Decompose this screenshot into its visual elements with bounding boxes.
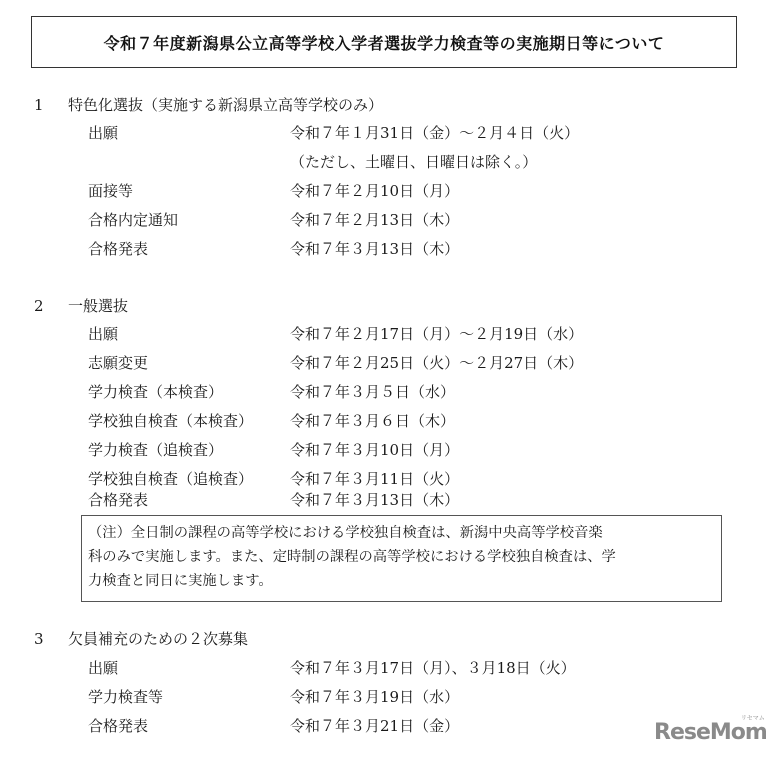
row-date: （ただし、土曜日、日曜日は除く。）	[290, 151, 537, 173]
row-label: 合格発表	[88, 489, 148, 511]
logo-ruby: リセマム	[741, 713, 765, 722]
row-label: 出願	[88, 323, 118, 345]
row-date: 令和７年２月10日（月）	[290, 180, 459, 202]
resemom-watermark-logo: ReseMom リセマム	[654, 720, 766, 745]
row-date: 令和７年３月19日（水）	[290, 686, 459, 708]
section-2-heading: 2一般選抜	[34, 295, 128, 317]
section-title: 一般選抜	[68, 297, 128, 315]
row-date: 令和７年２月17日（月）～２月19日（水）	[290, 323, 583, 345]
row-date: 令和７年３月13日（木）	[290, 489, 459, 511]
section-3-heading: 3欠員補充のための２次募集	[34, 628, 248, 650]
section-title: 特色化選抜（実施する新潟県立高等学校のみ）	[68, 96, 383, 114]
row-label: 出願	[88, 657, 118, 679]
row-date: 令和７年３月17日（月）、３月18日（火）	[290, 657, 576, 679]
row-date: 令和７年３月21日（金）	[290, 715, 459, 737]
document-title: 令和７年度新潟県公立高等学校入学者選抜学力検査等の実施期日等について	[104, 31, 665, 54]
row-label: 学力検査（本検査）	[88, 381, 223, 403]
row-label: 出願	[88, 122, 118, 144]
section-number: 1	[34, 94, 68, 116]
section-title: 欠員補充のための２次募集	[68, 630, 248, 648]
row-date: 令和７年３月５日（水）	[290, 381, 455, 403]
row-label: 志願変更	[88, 352, 148, 374]
row-date: 令和７年３月11日（火）	[290, 468, 459, 490]
row-label: 合格発表	[88, 715, 148, 737]
row-label: 合格発表	[88, 238, 148, 260]
logo-text: ReseMom	[654, 720, 766, 745]
note-line: 科のみで実施します。また、定時制の課程の高等学校における学校独自検査は、学	[88, 545, 715, 569]
row-date: 令和７年２月13日（木）	[290, 209, 459, 231]
section-number: 3	[34, 628, 68, 650]
row-label: 学校独自検査（本検査）	[88, 410, 253, 432]
section-number: 2	[34, 295, 68, 317]
row-date: 令和７年１月31日（金）～２月４日（火）	[290, 122, 579, 144]
row-label: 学力検査（追検査）	[88, 439, 223, 461]
document-title-box: 令和７年度新潟県公立高等学校入学者選抜学力検査等の実施期日等について	[31, 16, 737, 68]
row-date: 令和７年３月６日（木）	[290, 410, 455, 432]
note-box: （注）全日制の課程の高等学校における学校独自検査は、新潟中央高等学校音楽 科のみ…	[81, 515, 722, 602]
row-label: 面接等	[88, 180, 133, 202]
section-1-heading: 1特色化選抜（実施する新潟県立高等学校のみ）	[34, 94, 383, 116]
note-line: （注）全日制の課程の高等学校における学校独自検査は、新潟中央高等学校音楽	[88, 521, 715, 545]
row-date: 令和７年３月10日（月）	[290, 439, 459, 461]
row-date: 令和７年２月25日（火）～２月27日（木）	[290, 352, 583, 374]
note-line: 力検査と同日に実施します。	[88, 569, 715, 593]
row-label: 合格内定通知	[88, 209, 178, 231]
row-label: 学力検査等	[88, 686, 163, 708]
row-label: 学校独自検査（追検査）	[88, 468, 253, 490]
row-date: 令和７年３月13日（木）	[290, 238, 459, 260]
